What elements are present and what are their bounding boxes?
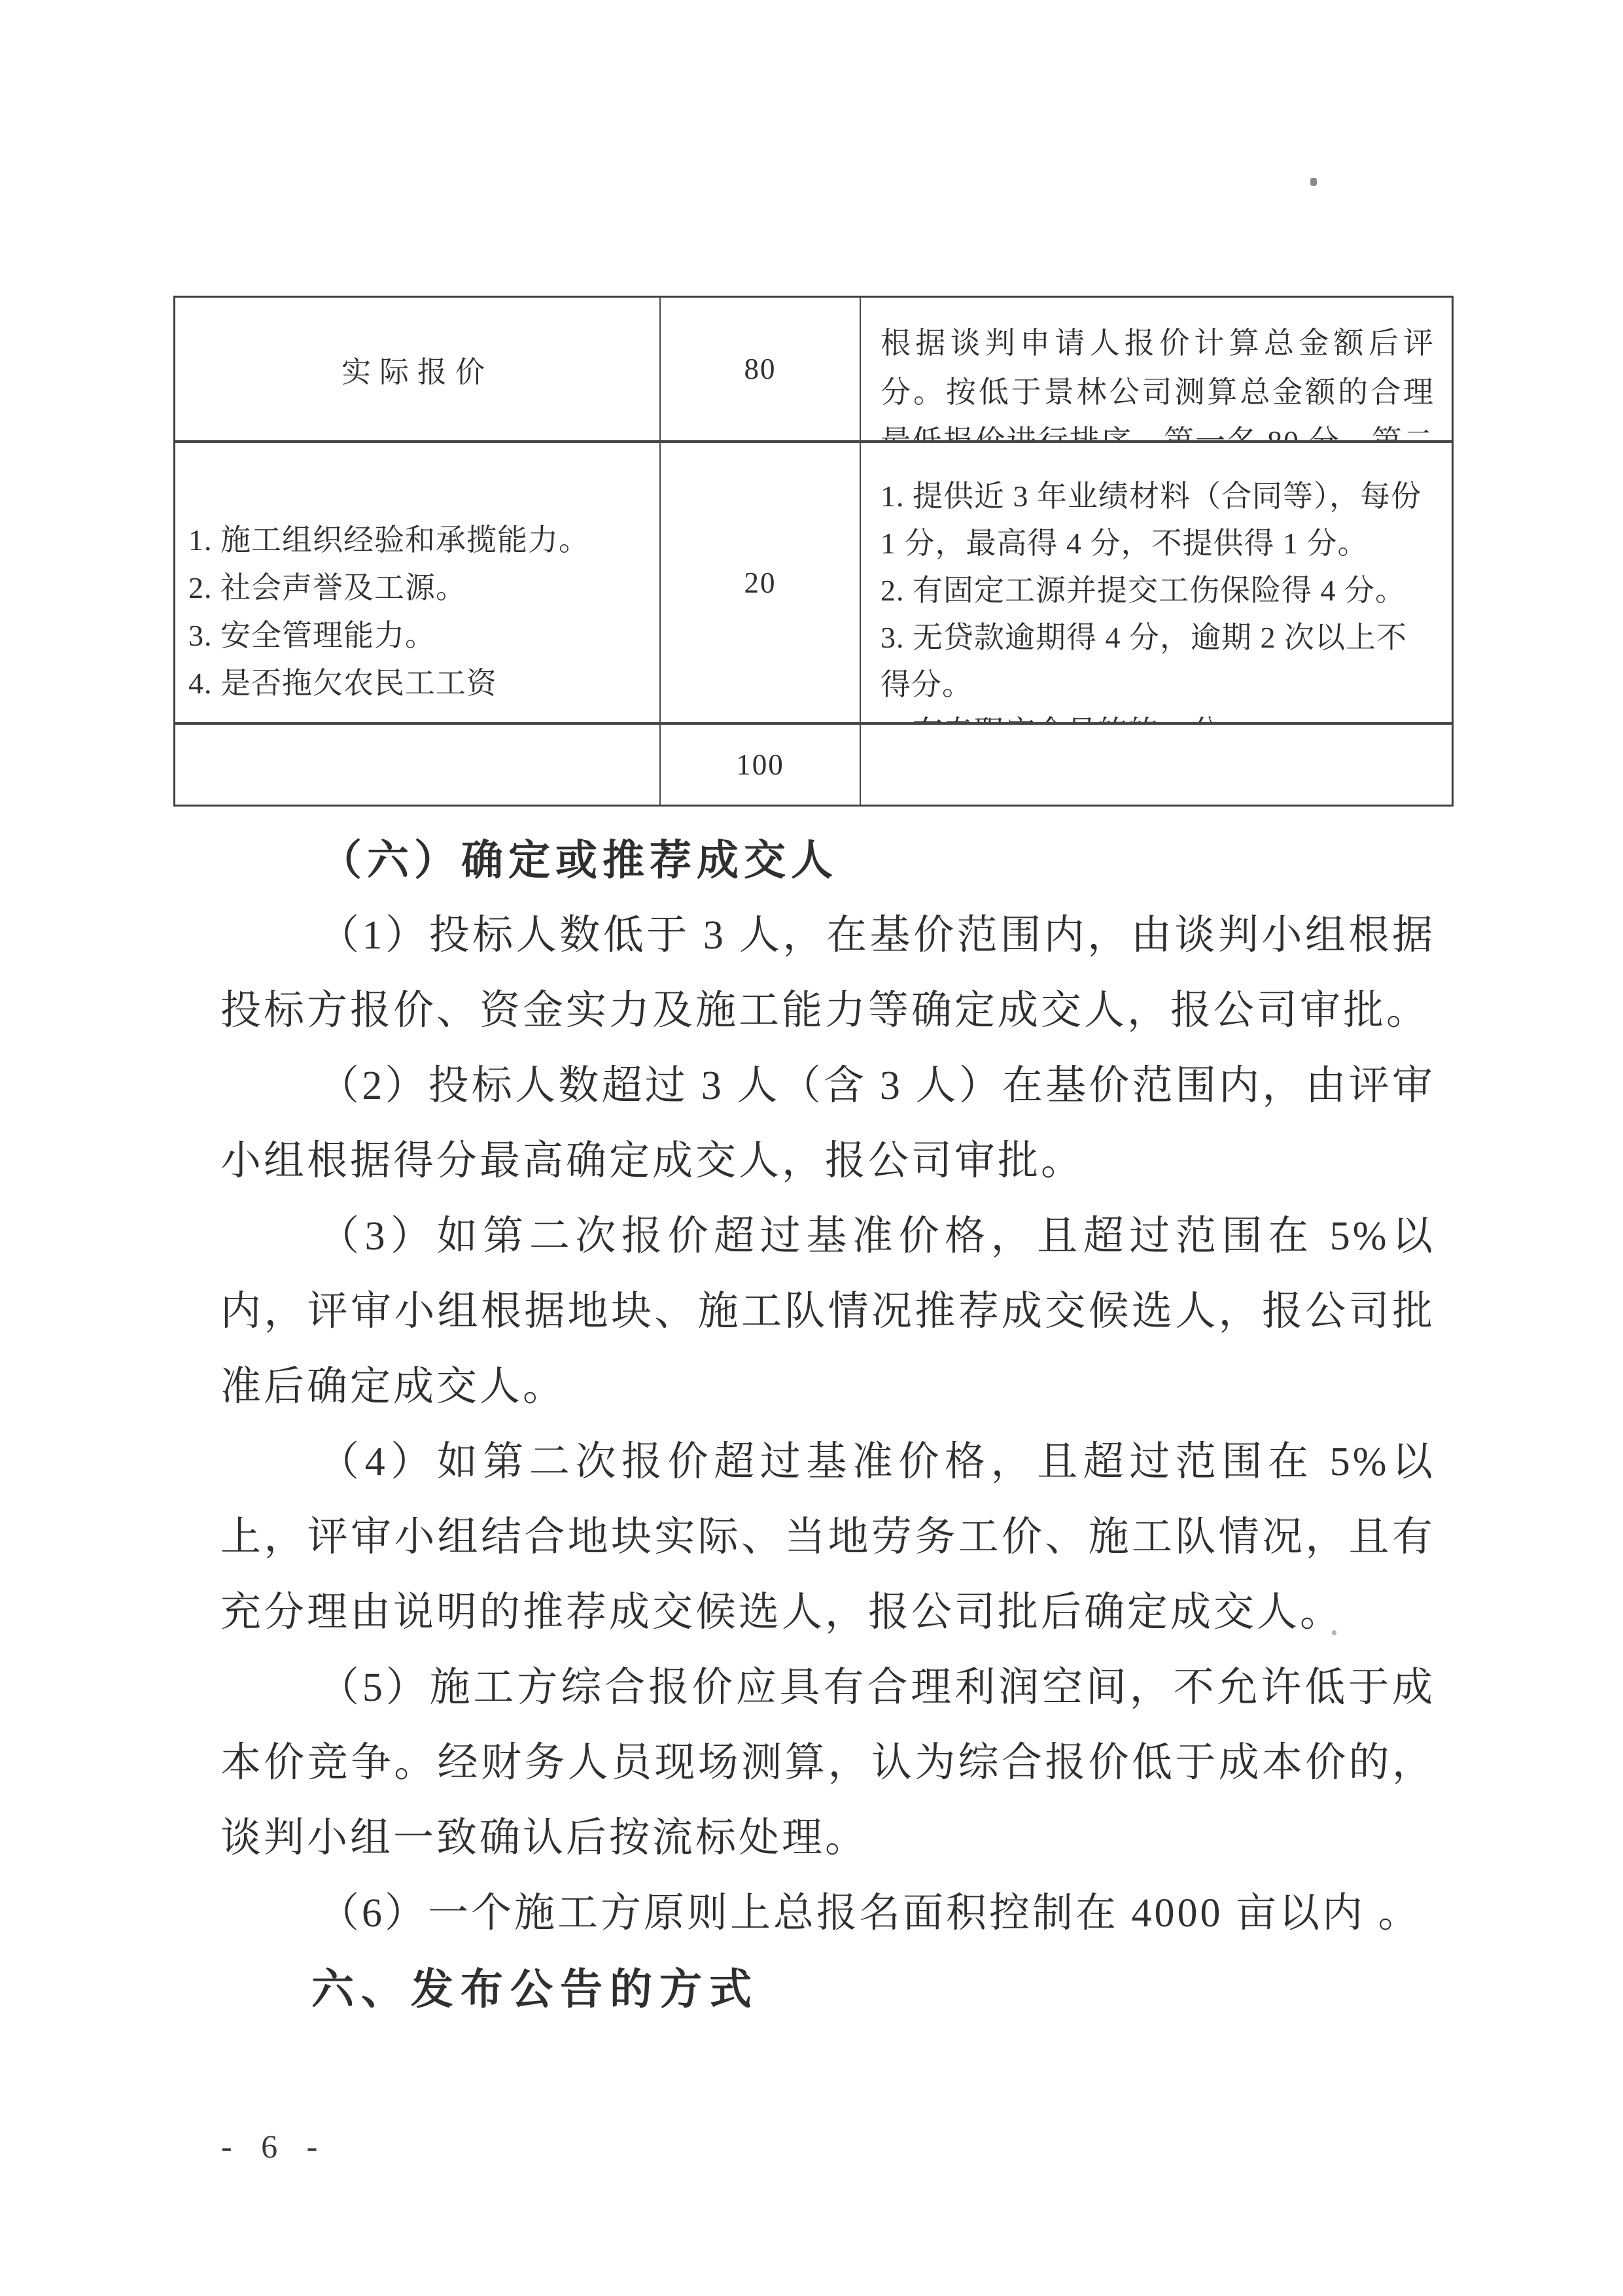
section-heading-announcement-method: 六、发布公告的方式 bbox=[220, 1951, 1435, 2026]
paragraph-4: （4）如第二次报价超过基准价格，且超过范围在 5%以上，评审小组结合地块实际、当… bbox=[220, 1425, 1435, 1650]
paragraph-1: （1）投标人数低于 3 人，在基价范围内，由谈判小组根据投标方报价、资金实力及施… bbox=[220, 898, 1435, 1049]
table-cell-method-quote-scoring: 根据谈判申请人报价计算总金额后评分。按低于景林公司测算总金额的合理最低报价进行排… bbox=[861, 298, 1452, 443]
paragraph-3: （3）如第二次报价超过基准价格，且超过范围在 5%以内，评审小组根据地块、施工队… bbox=[220, 1199, 1435, 1425]
page-number: - 6 - bbox=[221, 2127, 328, 2165]
paragraph-5: （5）施工方综合报价应具有合理利润空间，不允许低于成本价竞争。经财务人员现场测算… bbox=[220, 1650, 1435, 1876]
document-body: （六）确定或推荐成交人 （1）投标人数低于 3 人，在基价范围内，由谈判小组根据… bbox=[220, 823, 1435, 2026]
table-cell-text: 实际报价 bbox=[341, 348, 493, 391]
table-cell-score-20: 20 bbox=[661, 443, 861, 725]
table-cell-empty-left bbox=[175, 725, 661, 805]
table-cell-empty-right bbox=[861, 725, 1452, 805]
evaluation-score-table: 实际报价 80 根据谈判申请人报价计算总金额后评分。按低于景林公司测算总金额的合… bbox=[173, 296, 1454, 807]
scan-speck bbox=[1310, 178, 1317, 186]
table-cell-item-qualifications: 1. 施工组织经验和承揽能力。 2. 社会声誉及工源。 3. 安全管理能力。 4… bbox=[175, 443, 661, 725]
table-cell-item-actual-quote: 实际报价 bbox=[175, 298, 661, 443]
paragraph-6: （6）一个施工方原则上总报名面积控制在 4000 亩以内 。 bbox=[220, 1876, 1435, 1951]
table-cell-score-total-100: 100 bbox=[661, 725, 861, 805]
document-page: 实际报价 80 根据谈判申请人报价计算总金额后评分。按低于景林公司测算总金额的合… bbox=[0, 0, 1623, 2296]
section-heading-determine-winner: （六）确定或推荐成交人 bbox=[220, 823, 1435, 898]
paragraph-2: （2）投标人数超过 3 人（含 3 人）在基价范围内，由评审小组根据得分最高确定… bbox=[220, 1049, 1435, 1199]
table-cell-method-qualification-scoring: 1. 提供近 3 年业绩材料（合同等），每份 1 分，最高得 4 分，不提供得 … bbox=[861, 443, 1452, 725]
table-cell-score-80: 80 bbox=[661, 298, 861, 443]
